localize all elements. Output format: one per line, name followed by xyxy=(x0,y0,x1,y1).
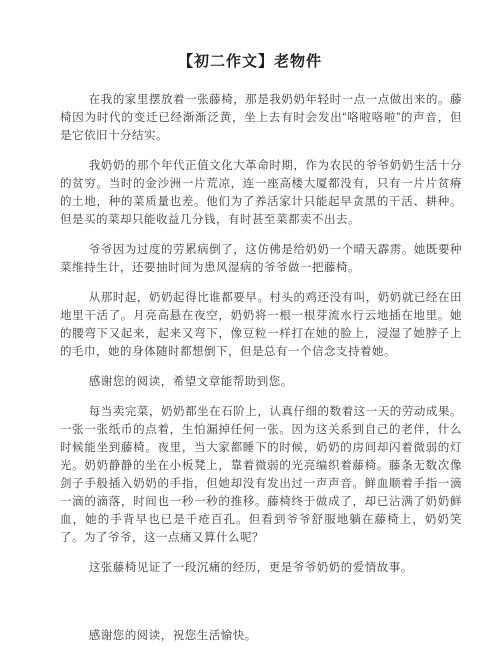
paragraph-thanks-note: 感谢您的阅读，希望文章能帮助到您。 xyxy=(60,373,462,391)
paragraph-grandma-labor: 从那时起，奶奶起得比谁都要早。村头的鸡还没有叫，奶奶就已经在田地里干活了。月亮高… xyxy=(60,289,462,361)
essay-title: 【初二作文】老物件 xyxy=(60,50,462,71)
paragraph-intro: 在我的家里摆放着一张藤椅，那是我奶奶年轻时一点一点做出来的。藤椅因为时代的变迁已… xyxy=(60,91,462,145)
paragraph-grandpa-ill: 爷爷因为过度的劳累病倒了，这仿佛是给奶奶一个晴天霹雳。她既要种菜维持生计，还要抽… xyxy=(60,241,462,277)
document-page: 【初二作文】老物件 在我的家里摆放着一张藤椅，那是我奶奶年轻时一点一点做出来的。… xyxy=(0,0,500,647)
paragraph-conclusion: 这张藤椅见证了一段沉痛的经历，更是爷爷奶奶的爱情故事。 xyxy=(60,559,462,577)
paragraph-era: 我奶奶的那个年代正值文化大革命时期，作为农民的爷爷奶奶生活十分的贫穷。当时的金沙… xyxy=(60,157,462,229)
paragraph-weaving-chair: 每当卖完菜，奶奶都坐在石阶上，认真仔细的数着这一天的劳动成果。一张一张纸币的点着… xyxy=(60,403,462,547)
closing-note: 感谢您的阅读，祝您生活愉快。 xyxy=(60,627,462,645)
